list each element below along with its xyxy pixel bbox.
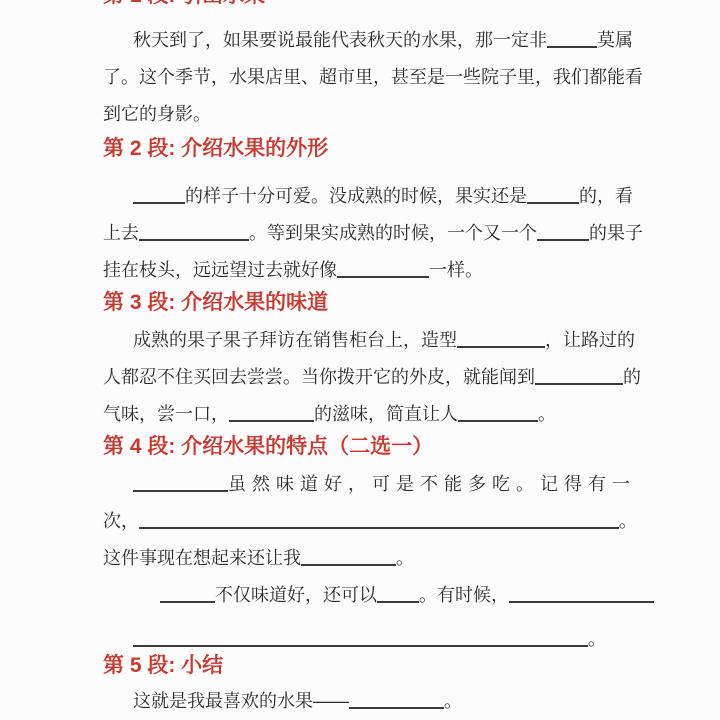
answer-blank — [509, 587, 654, 603]
text-run: 的 — [623, 367, 641, 387]
text-run: 的，看 — [579, 186, 633, 206]
text-line: 成熟的果子果子拜访在销售柜台上，造型，让路过的 — [103, 322, 663, 359]
text-run: 到它的身影。 — [103, 104, 211, 124]
text-run: 不仅味道好，还可以 — [215, 585, 377, 605]
paragraph: 不仅味道好，还可以。有时候， — [103, 577, 663, 614]
answer-blank — [537, 225, 589, 241]
text-run: ，让路过的 — [545, 330, 635, 350]
paragraph: 这就是我最喜欢的水果——。 — [103, 683, 663, 720]
answer-blank — [527, 188, 579, 204]
section-heading: 第 3 段: 介绍水果的味道 — [103, 291, 663, 315]
text-line: 上去。等到果实成熟的时候，一个又一个的果子 — [103, 215, 663, 252]
answer-blank — [160, 587, 215, 603]
text-run: 。 — [538, 404, 556, 424]
text-run: 成熟的果子果子拜访在销售柜台上，造型 — [133, 330, 457, 350]
text-run: 一样。 — [429, 260, 483, 280]
answer-blank — [377, 587, 419, 603]
text-run: 的样子十分可爱。没成熟的时候，果实还是 — [185, 186, 527, 206]
answer-blank — [133, 188, 185, 204]
text-run: 气味，尝一口， — [103, 404, 229, 424]
text-run: 虽然味道好，可是不能多吃。记得有一 — [228, 474, 636, 494]
text-line: 秋天到了，如果要说最能代表秋天的水果，那一定非莫属 — [103, 22, 663, 59]
answer-blank — [349, 693, 444, 709]
text-line: 。 — [103, 621, 663, 658]
answer-blank — [301, 550, 396, 566]
paragraph: 的样子十分可爱。没成熟的时候，果实还是的，看上去。等到果实成熟的时候，一个又一个… — [103, 178, 663, 289]
answer-blank — [535, 369, 623, 385]
paragraph: 秋天到了，如果要说最能代表秋天的水果，那一定非莫属了。这个季节，水果店里、超市里… — [103, 22, 663, 133]
text-run: 上去 — [103, 223, 139, 243]
paragraph: 成熟的果子果子拜访在销售柜台上，造型，让路过的人都忍不住买回去尝尝。当你拨开它的… — [103, 322, 663, 433]
text-line: 了。这个季节，水果店里、超市里，甚至是一些院子里，我们都能看 — [103, 59, 663, 96]
answer-blank — [458, 406, 538, 422]
text-line: 挂在枝头，远远望过去就好像一样。 — [103, 252, 663, 289]
text-run: 。等到果实成熟的时候，一个又一个 — [249, 223, 537, 243]
text-run: 莫属 — [597, 30, 633, 50]
paragraph: 虽然味道好，可是不能多吃。记得有一次，。这件事现在想起来还让我。 — [103, 466, 663, 577]
answer-blank — [139, 513, 619, 529]
text-run: 了。这个季节，水果店里、超市里，甚至是一些院子里，我们都能看 — [103, 67, 643, 87]
text-line: 次，。 — [103, 503, 663, 540]
text-run: 次， — [103, 511, 139, 531]
text-line: 气味，尝一口，的滋味，简直让人。 — [103, 396, 663, 433]
text-line: 虽然味道好，可是不能多吃。记得有一 — [103, 466, 663, 503]
text-run: 的滋味，简直让人 — [314, 404, 458, 424]
text-run: 人都忍不住买回去尝尝。当你拨开它的外皮，就能闻到 — [103, 367, 535, 387]
section-heading: 第 4 段: 介绍水果的特点（二选一） — [103, 435, 663, 459]
text-run: 。 — [619, 511, 637, 531]
text-run: 。有时候， — [419, 585, 509, 605]
text-line: 这件事现在想起来还让我。 — [103, 540, 663, 577]
text-run: 秋天到了，如果要说最能代表秋天的水果，那一定非 — [133, 30, 547, 50]
answer-blank — [337, 262, 429, 278]
text-run: 。 — [588, 629, 606, 649]
answer-blank — [457, 332, 545, 348]
text-line: 人都忍不住买回去尝尝。当你拨开它的外皮，就能闻到的 — [103, 359, 663, 396]
section-heading-clipped: 第 1 段: 引出水果 — [103, 0, 663, 8]
paragraph: 。 — [103, 621, 663, 658]
answer-blank — [229, 406, 314, 422]
text-run: 。 — [444, 691, 462, 711]
section-heading: 第 2 段: 介绍水果的外形 — [103, 137, 663, 161]
text-line: 这就是我最喜欢的水果——。 — [103, 683, 663, 720]
text-line: 到它的身影。 — [103, 96, 663, 133]
answer-blank — [133, 476, 228, 492]
text-run: 。 — [396, 548, 414, 568]
answer-blank — [547, 32, 597, 48]
text-run: 挂在枝头，远远望过去就好像 — [103, 260, 337, 280]
text-line: 不仅味道好，还可以。有时候， — [103, 577, 663, 614]
text-run: 的果子 — [589, 223, 643, 243]
text-line: 的样子十分可爱。没成熟的时候，果实还是的，看 — [103, 178, 663, 215]
worksheet-content: 第 1 段: 引出水果秋天到了，如果要说最能代表秋天的水果，那一定非莫属了。这个… — [103, 0, 663, 720]
text-run: 这就是我最喜欢的水果—— — [133, 691, 349, 711]
answer-blank — [139, 225, 249, 241]
text-run: 这件事现在想起来还让我 — [103, 548, 301, 568]
answer-blank — [133, 631, 588, 647]
